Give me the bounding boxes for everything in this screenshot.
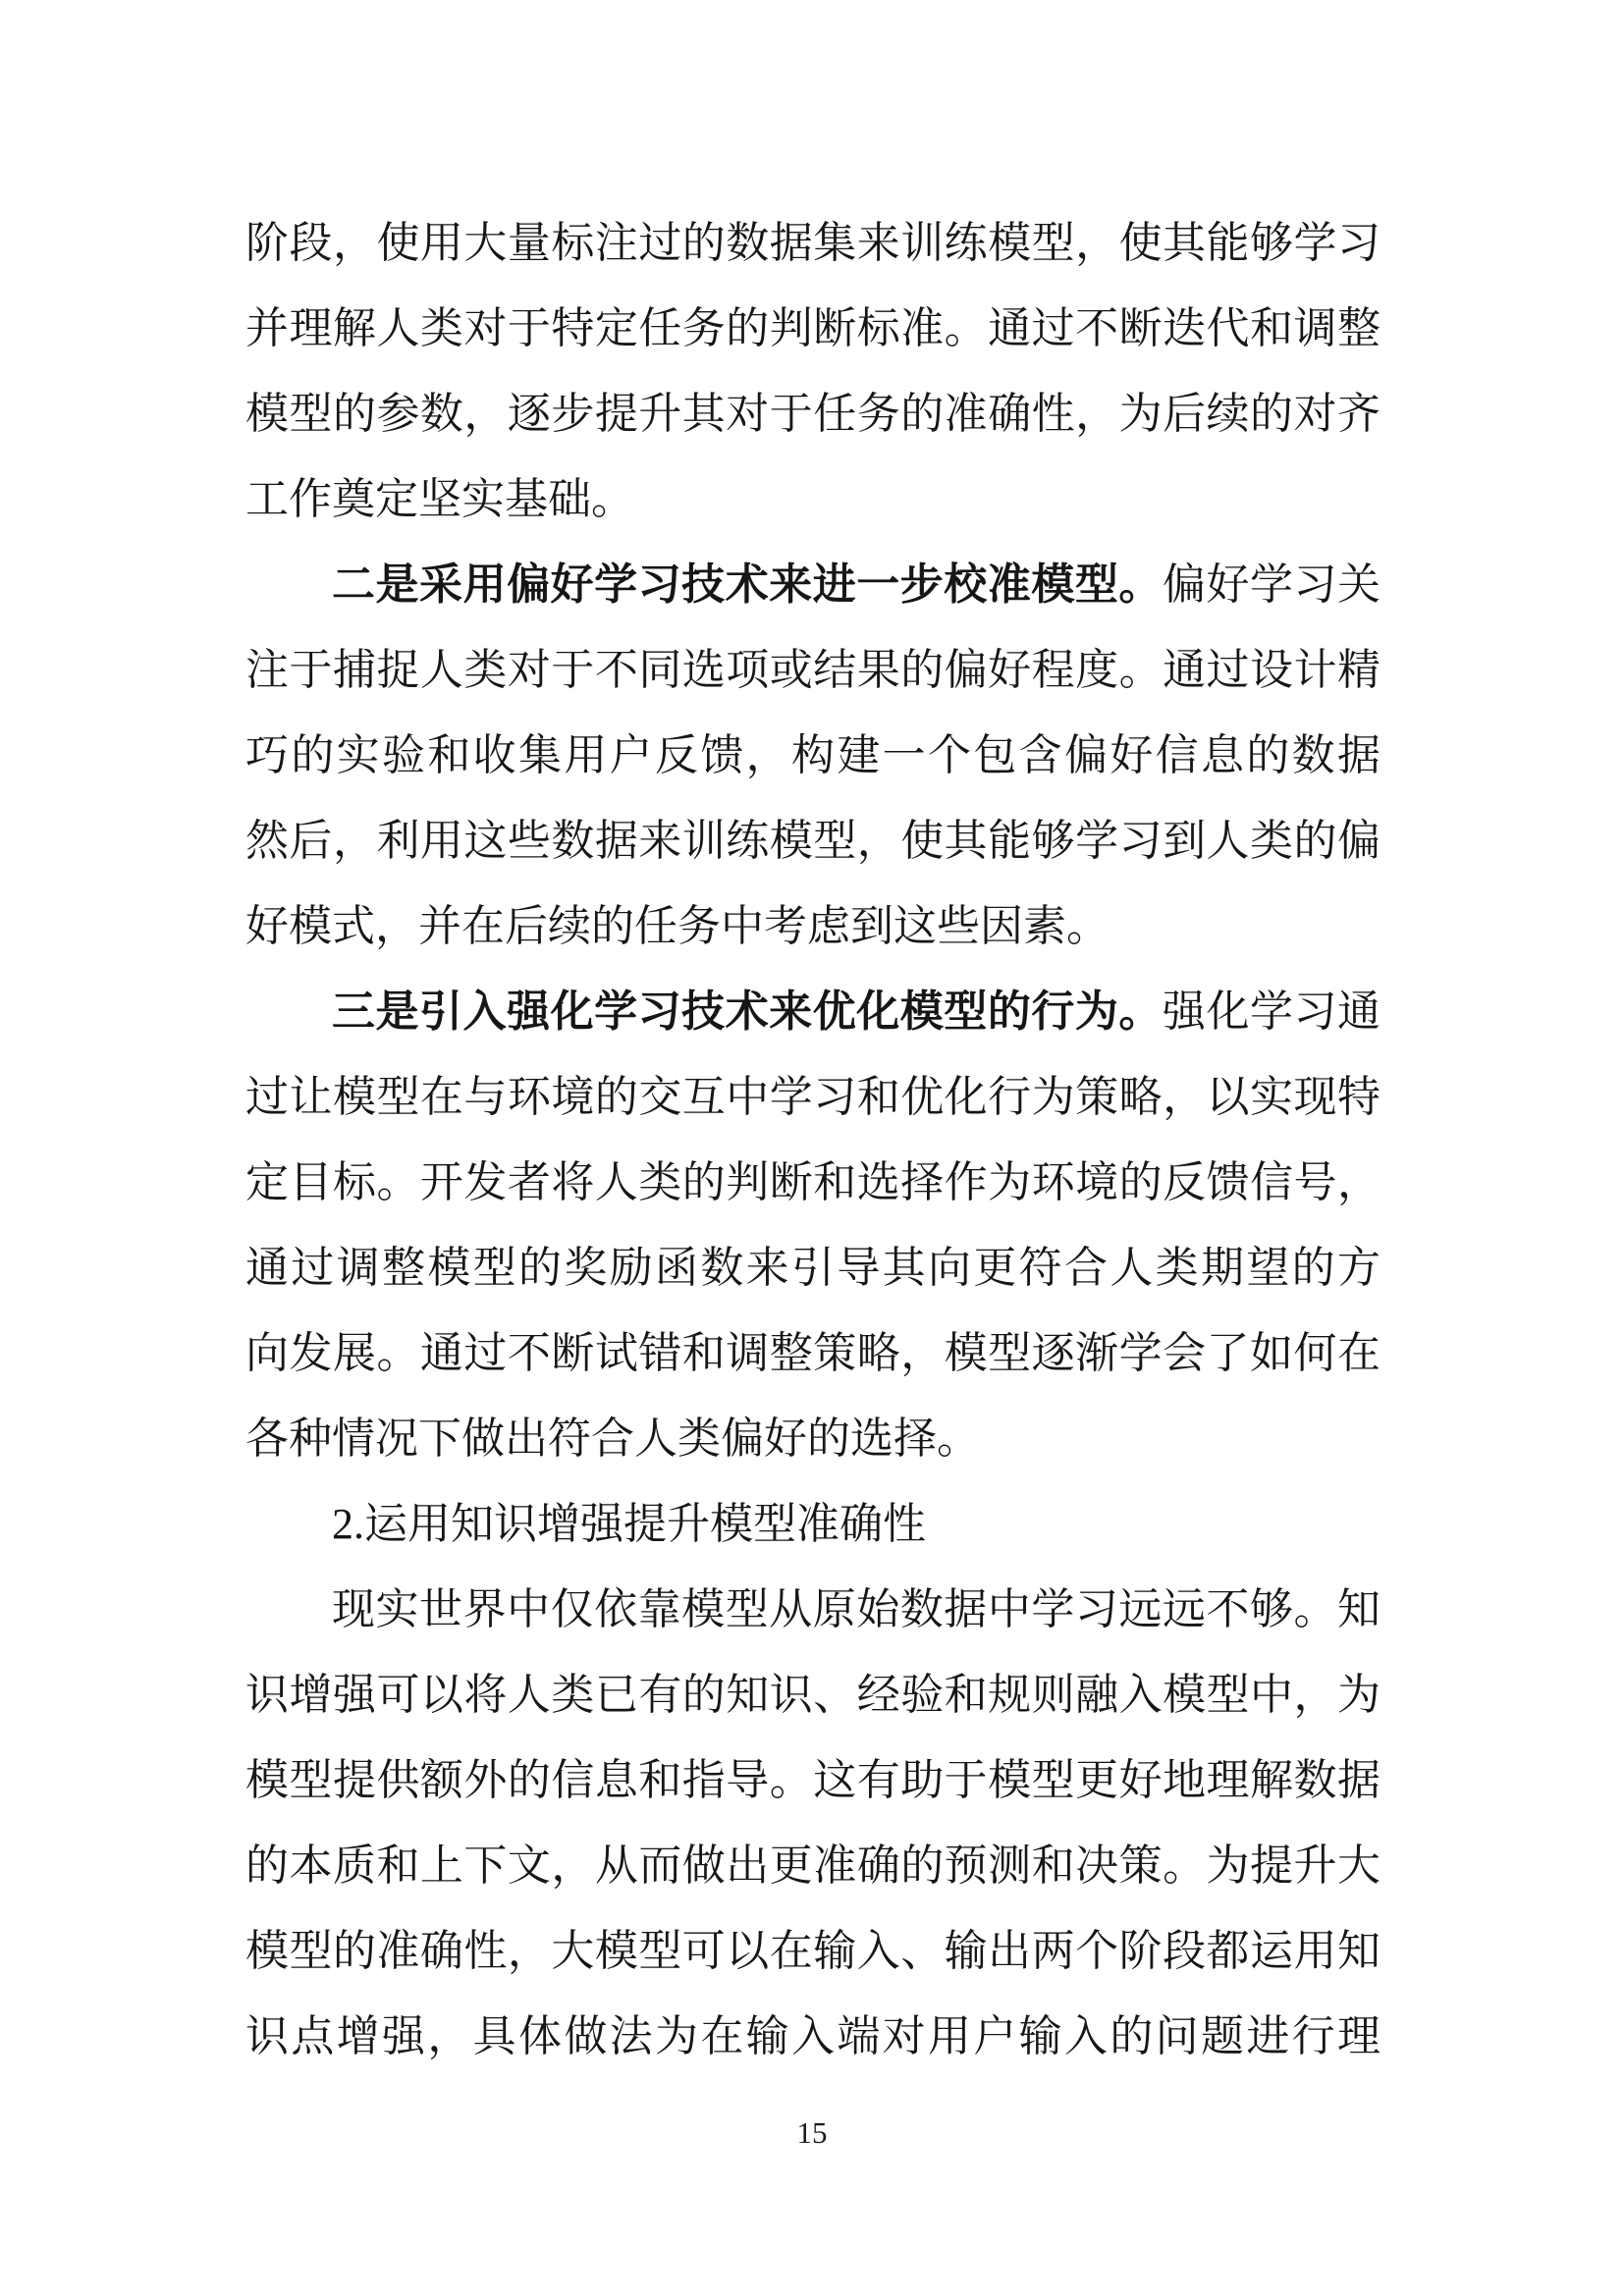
document-page: 阶段，使用大量标注过的数据集来训练模型，使其能够学习 并理解人类对于特定任务的判…	[0, 0, 1624, 2296]
text-line-paragraph-start: 三是引入强化学习技术来优化模型的行为。强化学习通	[245, 969, 1380, 1054]
bold-lead-in: 二是采用偏好学习技术来进一步校准模型。	[332, 561, 1163, 609]
text-line: 识增强可以将人类已有的知识、经验和规则融入模型中，为	[245, 1652, 1380, 1737]
text-line-paragraph-end: 好模式，并在后续的任务中考虑到这些因素。	[245, 883, 1380, 969]
text-line: 模型的参数，逐步提升其对于任务的准确性，为后续的对齐	[245, 371, 1380, 456]
text-line: 模型提供额外的信息和指导。这有助于模型更好地理解数据	[245, 1737, 1380, 1823]
text-line: 巧的实验和收集用户反馈，构建一个包含偏好信息的数据集。	[245, 713, 1380, 798]
text-line: 通过调整模型的奖励函数来引导其向更符合人类期望的方	[245, 1225, 1380, 1310]
document-text-block: 阶段，使用大量标注过的数据集来训练模型，使其能够学习 并理解人类对于特定任务的判…	[245, 200, 1380, 2079]
bold-lead-in: 三是引入强化学习技术来优化模型的行为。	[332, 988, 1163, 1036]
text-line: 阶段，使用大量标注过的数据集来训练模型，使其能够学习	[245, 200, 1380, 286]
line-text: 强化学习通	[1163, 988, 1380, 1036]
text-line-paragraph-start: 二是采用偏好学习技术来进一步校准模型。偏好学习关	[245, 542, 1380, 627]
text-line-paragraph-start: 现实世界中仅依靠模型从原始数据中学习远远不够。知	[245, 1567, 1380, 1652]
page-number: 15	[0, 2113, 1624, 2153]
text-line: 的本质和上下文，从而做出更准确的预测和决策。为提升大	[245, 1823, 1380, 1908]
text-line: 然后，利用这些数据来训练模型，使其能够学习到人类的偏	[245, 798, 1380, 883]
text-line: 定目标。开发者将人类的判断和选择作为环境的反馈信号，	[245, 1140, 1380, 1225]
subsection-heading: 2.运用知识增强提升模型准确性	[245, 1481, 1380, 1567]
text-line: 识点增强，具体做法为在输入端对用户输入的问题进行理解，	[245, 1994, 1380, 2079]
text-line: 模型的准确性，大模型可以在输入、输出两个阶段都运用知	[245, 1908, 1380, 1994]
text-line-paragraph-end: 工作奠定坚实基础。	[245, 456, 1380, 542]
text-line: 过让模型在与环境的交互中学习和优化行为策略，以实现特	[245, 1054, 1380, 1140]
text-line-paragraph-end: 各种情况下做出符合人类偏好的选择。	[245, 1396, 1380, 1481]
text-line: 并理解人类对于特定任务的判断标准。通过不断迭代和调整	[245, 286, 1380, 371]
text-line: 向发展。通过不断试错和调整策略，模型逐渐学会了如何在	[245, 1310, 1380, 1396]
line-text: 偏好学习关	[1163, 561, 1380, 609]
text-line: 注于捕捉人类对于不同选项或结果的偏好程度。通过设计精	[245, 627, 1380, 713]
